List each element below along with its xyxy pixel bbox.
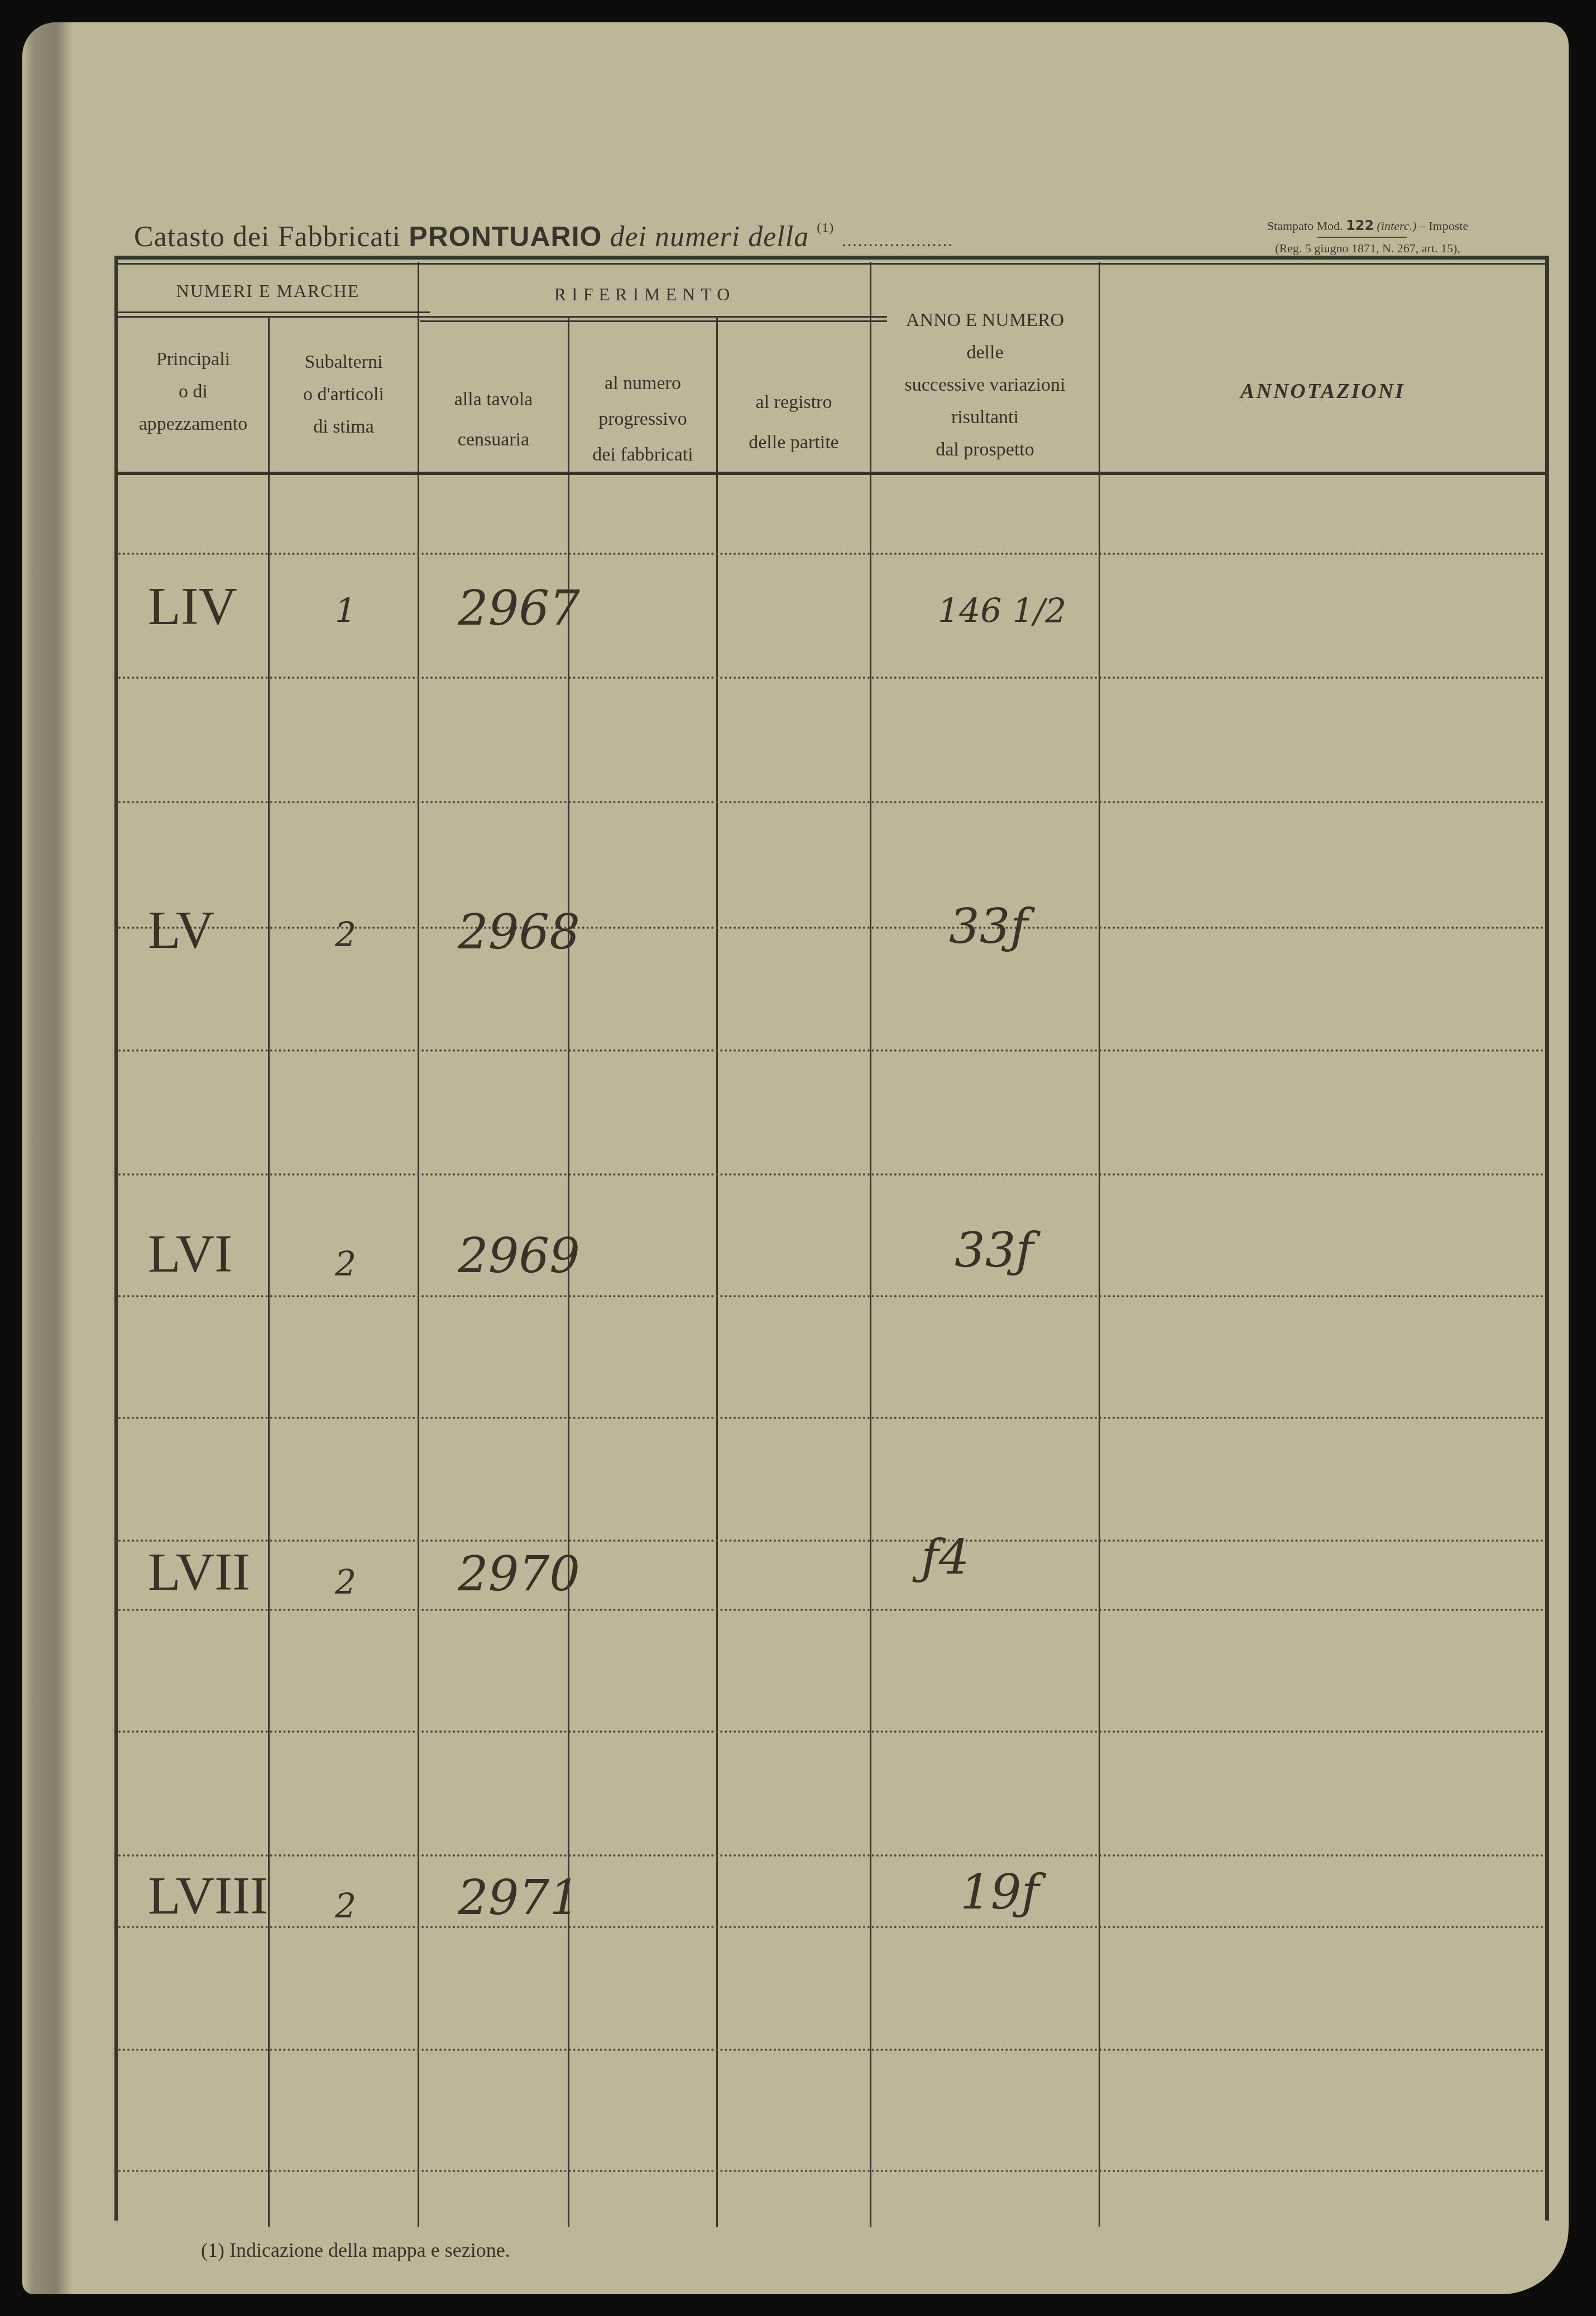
header-anno-line: dal prospetto — [871, 434, 1099, 466]
cell-tavola: 2971 — [458, 1870, 580, 1926]
row-rule — [118, 553, 1545, 555]
col-divider-5 — [870, 262, 871, 2227]
header-registro-line: delle partite — [718, 423, 870, 463]
header-anno-line: risultanti — [871, 401, 1099, 434]
form-model-note: (interc.) — [1377, 219, 1417, 233]
form-model-suffix: – Imposte — [1420, 219, 1468, 233]
header-subalterni-line: Subalterni — [270, 346, 418, 378]
cell-subalterni: 2 — [335, 1887, 356, 1926]
row-rule — [118, 1854, 1545, 1857]
row-rule — [118, 2049, 1545, 2051]
title-prefix: Catasto dei Fabbricati — [134, 221, 401, 253]
title-blank-field: ..................... — [842, 232, 953, 250]
table-top-rule — [114, 256, 1549, 260]
row-rule — [118, 1049, 1545, 1052]
header-registro-line: al registro — [718, 382, 870, 423]
cell-principali: LVII — [148, 1541, 250, 1603]
page-title: Catasto dei Fabbricati PRONTUARIO dei nu… — [134, 220, 953, 253]
footnote: (1) Indicazione della mappa e sezione. — [201, 2238, 510, 2262]
header-principali-line: o di — [118, 376, 268, 408]
cell-tavola: 2970 — [458, 1546, 580, 1602]
ledger-page: Catasto dei Fabbricati PRONTUARIO dei nu… — [22, 22, 1569, 2294]
cell-subalterni: 2 — [335, 1245, 356, 1284]
title-bold: PRONTUARIO — [409, 221, 602, 252]
title-footnote-mark: (1) — [817, 220, 834, 235]
cell-anno: 19ƒ — [960, 1864, 1039, 1920]
header-anno-line: delle — [871, 337, 1099, 369]
header-subalterni-line: di stima — [270, 411, 418, 443]
cell-principali: LV — [148, 899, 214, 961]
table-top-rule-thin — [114, 263, 1549, 265]
row-rule — [118, 927, 1545, 929]
header-numero-line: progressivo — [569, 401, 716, 437]
row-rule — [118, 1609, 1545, 1611]
row-rule — [118, 1926, 1545, 1928]
cell-principali: LIV — [148, 575, 237, 637]
row-rule — [118, 677, 1545, 679]
cell-anno: ƒ4 — [921, 1529, 970, 1585]
form-reference-rule — [1317, 237, 1407, 238]
header-numero: al numero progressivo dei fabbricati — [569, 366, 716, 473]
cell-principali: LVI — [148, 1222, 232, 1284]
cell-subalterni: 2 — [335, 1563, 356, 1602]
header-tavola-line: alla tavola — [419, 380, 568, 420]
cell-anno: 33ƒ — [955, 1222, 1033, 1278]
table-right-border — [1545, 256, 1549, 2221]
row-rule — [118, 2170, 1545, 2172]
form-reference: Stampato Mod. 122 (interc.) – Imposte (R… — [1211, 218, 1524, 256]
cell-tavola: 2968 — [458, 904, 580, 960]
header-numeri-e-marche: NUMERI E MARCHE — [118, 275, 418, 307]
header-bottom-rule — [117, 472, 1546, 475]
header-subrule-numeri — [117, 311, 430, 313]
row-rule — [118, 1540, 1545, 1542]
form-reference-line1: Stampato Mod. 122 (interc.) – Imposte — [1211, 218, 1524, 233]
header-anno-line: ANNO E NUMERO — [871, 304, 1099, 337]
header-riferimento: RIFERIMENTO — [420, 278, 870, 310]
row-rule — [118, 1730, 1545, 1733]
header-anno-e-numero: ANNO E NUMERO delle successive variazion… — [871, 304, 1099, 466]
row-rule — [118, 1417, 1545, 1419]
cell-subalterni: 2 — [335, 915, 356, 955]
cell-tavola: 2969 — [458, 1228, 580, 1284]
header-tavola-line: censuaria — [419, 420, 568, 460]
col-divider-2 — [418, 262, 419, 2227]
cell-anno: 146 1/2 — [938, 592, 1066, 631]
header-numero-line: al numero — [569, 366, 716, 401]
header-annotazioni: ANNOTAZIONI — [1100, 375, 1545, 407]
header-subalterni-line: o d'articoli — [270, 378, 418, 411]
row-rule — [118, 801, 1545, 803]
header-subrule-riferimento-2 — [420, 320, 887, 322]
cell-tavola: 2967 — [458, 581, 580, 636]
header-tavola: alla tavola censuaria — [419, 380, 568, 460]
header-principali-line: appezzamento — [118, 408, 268, 440]
title-italic: dei numeri della — [610, 221, 809, 253]
header-anno-line: successive variazioni — [871, 369, 1099, 401]
form-model-number: 122 — [1346, 218, 1374, 233]
row-rule — [118, 1295, 1545, 1297]
header-subrule-riferimento — [420, 316, 887, 318]
cell-subalterni: 1 — [335, 592, 356, 631]
form-model-label: Stampato Mod. — [1267, 219, 1343, 233]
header-subrule-numeri-2 — [117, 316, 430, 318]
col-divider-4 — [716, 318, 718, 2227]
col-divider-6 — [1099, 262, 1100, 2227]
table-left-border — [114, 256, 118, 2221]
header-principali: Principali o di appezzamento — [118, 343, 268, 440]
header-principali-line: Principali — [118, 343, 268, 376]
form-reference-line2: (Reg. 5 giugno 1871, N. 267, art. 15), — [1211, 241, 1524, 256]
header-numero-line: dei fabbricati — [569, 437, 716, 473]
row-rule — [118, 1173, 1545, 1176]
header-registro: al registro delle partite — [718, 382, 870, 463]
col-divider-1 — [268, 318, 270, 2227]
cell-principali: LVIII — [148, 1864, 268, 1926]
cell-anno: 33ƒ — [949, 899, 1028, 955]
header-subalterni: Subalterni o d'articoli di stima — [270, 346, 418, 443]
